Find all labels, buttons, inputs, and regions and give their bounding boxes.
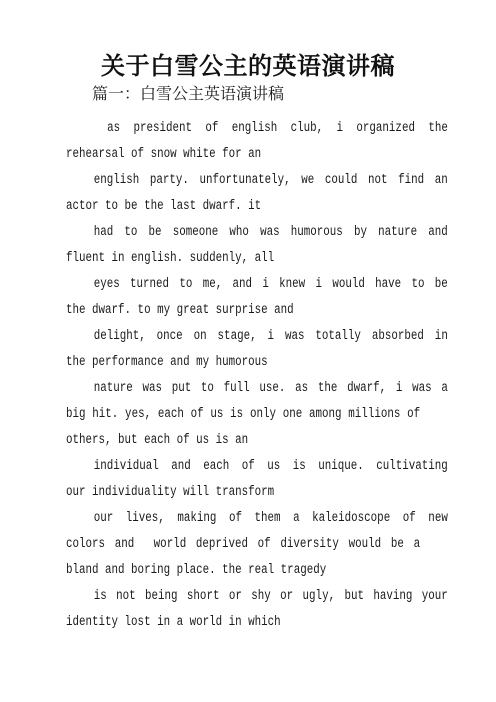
text-line: our lives, making of them a kaleidoscope… xyxy=(66,506,448,532)
text-line: our individuality will transform xyxy=(66,480,420,506)
text-line: colors and world deprived of diversity w… xyxy=(66,532,420,558)
document-page: 关于白雪公主的英语演讲稿 篇一：白雪公主英语演讲稿 as president o… xyxy=(0,0,496,702)
text-line: individual and each of us is unique. cul… xyxy=(66,454,448,480)
text-line: english party. unfortunately, we could n… xyxy=(66,168,448,194)
text-line: others, but each of us is an xyxy=(66,428,420,454)
text-line: identity lost in a world in which xyxy=(66,610,420,636)
text-line: the performance and my humorous xyxy=(66,350,420,376)
text-line: nature was put to full use. as the dwarf… xyxy=(66,376,448,402)
text-line: delight, once on stage, i was totally ab… xyxy=(66,324,448,350)
text-line: bland and boring place. the real tragedy xyxy=(66,558,420,584)
document-body: as president of english club, i organize… xyxy=(66,116,420,636)
text-line: fluent in english. suddenly, all xyxy=(66,246,420,272)
text-line: the dwarf. to my great surprise and xyxy=(66,298,420,324)
text-line: rehearsal of snow white for an xyxy=(66,142,420,168)
text-line: as president of english club, i organize… xyxy=(66,116,448,142)
section-heading: 篇一：白雪公主英语演讲稿 xyxy=(66,82,420,108)
text-line: is not being short or shy or ugly, but h… xyxy=(66,584,448,610)
text-line: big hit. yes, each of us is only one amo… xyxy=(66,402,420,428)
text-line: actor to be the last dwarf. it xyxy=(66,194,420,220)
text-line: had to be someone who was humorous by na… xyxy=(66,220,448,246)
text-line: eyes turned to me, and i knew i would ha… xyxy=(66,272,448,298)
document-title: 关于白雪公主的英语演讲稿 xyxy=(0,0,496,82)
